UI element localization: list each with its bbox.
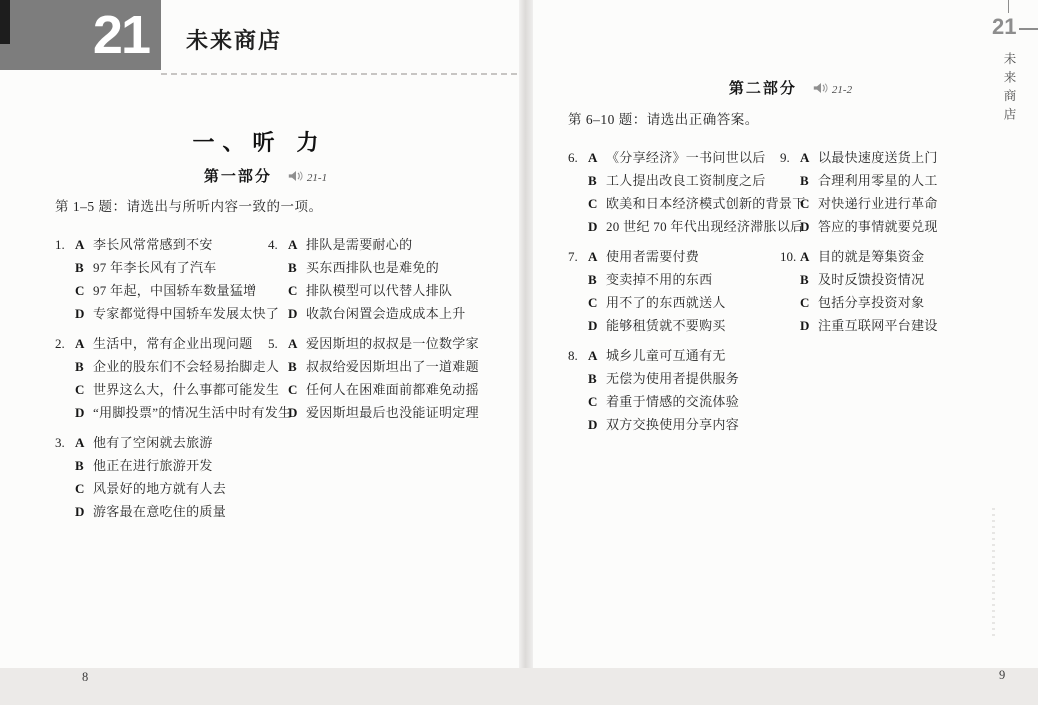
option-letter: D [75, 401, 93, 424]
question-1: 1.A李长风常常感到不安 B97 年李长风有了汽车 C97 年起，中国轿车数量猛… [55, 233, 268, 325]
option-text: 叔叔给爱因斯坦出了一道难题 [306, 355, 479, 378]
audio-track-ref: 21-2 [832, 84, 852, 96]
option-letter: A [75, 431, 93, 454]
option-letter: C [588, 390, 606, 413]
option-letter: D [288, 401, 306, 424]
left-question-column-1: 1.A李长风常常感到不安 B97 年李长风有了汽车 C97 年起，中国轿车数量猛… [55, 233, 268, 530]
sidebar-tick-line [1008, 0, 1009, 13]
number-spacer [55, 500, 75, 523]
right-question-column-2: 9.A以最快速度送货上门 B合理利用零星的人工 C对快递行业进行革命 D答应的事… [780, 146, 1012, 344]
part2-heading: 第二部分21-2 [533, 77, 1038, 99]
section-title: 一、听 力 [0, 126, 519, 157]
question-2: 2.A生活中，常有企业出现问题 B企业的股东们不会轻易抬脚走人 C世界这么大，什… [55, 332, 268, 424]
option-text: 排队模型可以代替人排队 [306, 279, 452, 302]
option-letter: C [588, 291, 606, 314]
number-spacer [268, 302, 288, 325]
option-letter: B [75, 256, 93, 279]
option-letter: B [75, 355, 93, 378]
option-letter: A [800, 146, 818, 169]
option-letter: B [288, 256, 306, 279]
option-text: 97 年李长风有了汽车 [93, 256, 217, 279]
audio-track-ref: 21-1 [307, 172, 327, 184]
question-number: 6. [568, 146, 588, 169]
number-spacer [55, 454, 75, 477]
question-number: 2. [55, 332, 75, 355]
option-text: 合理利用零星的人工 [818, 169, 938, 192]
option-text: 他有了空闲就去旅游 [93, 431, 213, 454]
number-spacer [268, 279, 288, 302]
question-number: 4. [268, 233, 288, 256]
right-question-column-1: 6.A《分享经济》一书问世以后 B工人提出改良工资制度之后 C欧美和日本经济模式… [568, 146, 780, 443]
option-letter: D [75, 500, 93, 523]
option-letter: A [800, 245, 818, 268]
part1-prompt: 第 1–5 题：请选出与所听内容一致的一项。 [55, 195, 323, 215]
question-number: 7. [568, 245, 588, 268]
option-text: 使用者需要付费 [606, 245, 699, 268]
option-text: 97 年起，中国轿车数量猛增 [93, 279, 256, 302]
option-text: 欧美和日本经济模式创新的背景下 [606, 192, 806, 215]
option-letter: C [75, 477, 93, 500]
option-text: 对快递行业进行革命 [818, 192, 938, 215]
option-letter: B [800, 268, 818, 291]
number-spacer [568, 268, 588, 291]
option-letter: D [588, 215, 606, 238]
option-letter: B [588, 367, 606, 390]
option-text: 风景好的地方就有人去 [93, 477, 226, 500]
option-letter: C [288, 378, 306, 401]
page-bleed-artifact [992, 508, 995, 640]
question-number: 3. [55, 431, 75, 454]
option-letter: D [800, 314, 818, 337]
option-text: 爱因斯坦的叔叔是一位数学家 [306, 332, 479, 355]
option-text: 世界这么大，什么事都可能发生 [93, 378, 279, 401]
page-number-left: 8 [82, 670, 88, 685]
number-spacer [568, 291, 588, 314]
option-letter: A [75, 332, 93, 355]
option-letter: A [588, 344, 606, 367]
number-spacer [780, 291, 800, 314]
option-letter: D [588, 314, 606, 337]
option-letter: A [75, 233, 93, 256]
number-spacer [568, 169, 588, 192]
option-text: 排队是需要耐心的 [306, 233, 412, 256]
number-spacer [780, 169, 800, 192]
sidebar-chapter-number: 21 [992, 14, 1016, 40]
option-text: 目的就是筹集资金 [818, 245, 924, 268]
speaker-icon [813, 81, 829, 99]
question-number: 9. [780, 146, 800, 169]
question-8: 8.A城乡儿童可互通有无 B无偿为使用者提供服务 C着重于情感的交流体验 D双方… [568, 344, 780, 436]
book-spread: 21 未来商店 一、听 力 第一部分21-1 第 1–5 题：请选出与所听内容一… [0, 0, 1038, 705]
number-spacer [568, 367, 588, 390]
sidebar-chapter-title: 未来商店 [1000, 52, 1018, 126]
option-letter: C [800, 192, 818, 215]
chapter-number: 21 [93, 0, 149, 70]
option-letter: D [588, 413, 606, 436]
number-spacer [780, 314, 800, 337]
number-spacer [55, 477, 75, 500]
option-letter: C [588, 192, 606, 215]
question-5: 5.A爱因斯坦的叔叔是一位数学家 B叔叔给爱因斯坦出了一道难题 C任何人在困难面… [268, 332, 516, 424]
chapter-title: 未来商店 [186, 24, 282, 55]
speaker-icon [288, 169, 304, 187]
part1-label: 第一部分 [204, 168, 272, 185]
number-spacer [55, 378, 75, 401]
option-letter: B [588, 169, 606, 192]
number-spacer [568, 192, 588, 215]
chapter-header-box: 21 [0, 0, 161, 70]
option-text: 买东西排队也是难免的 [306, 256, 439, 279]
question-6: 6.A《分享经济》一书问世以后 B工人提出改良工资制度之后 C欧美和日本经济模式… [568, 146, 780, 238]
option-text: 企业的股东们不会轻易抬脚走人 [93, 355, 279, 378]
page-gutter-shadow [519, 0, 533, 668]
question-number: 5. [268, 332, 288, 355]
option-letter: C [800, 291, 818, 314]
option-letter: B [75, 454, 93, 477]
number-spacer [568, 314, 588, 337]
part2-prompt: 第 6–10 题：请选出正确答案。 [568, 108, 759, 128]
option-text: 无偿为使用者提供服务 [606, 367, 739, 390]
option-letter: B [588, 268, 606, 291]
page-bottom-margin [0, 668, 1038, 705]
option-text: 注重互联网平台建设 [818, 314, 938, 337]
number-spacer [268, 378, 288, 401]
part2-label: 第二部分 [729, 80, 797, 97]
option-letter: A [288, 233, 306, 256]
option-letter: A [588, 146, 606, 169]
number-spacer [780, 268, 800, 291]
option-letter: C [75, 378, 93, 401]
option-text: 双方交换使用分享内容 [606, 413, 739, 436]
option-letter: A [288, 332, 306, 355]
option-text: 及时反馈投资情况 [818, 268, 924, 291]
number-spacer [780, 215, 800, 238]
question-number: 1. [55, 233, 75, 256]
number-spacer [55, 279, 75, 302]
header-dashed-divider [161, 73, 517, 75]
option-text: 游客最在意吃住的质量 [93, 500, 226, 523]
option-text: 答应的事情就要兑现 [818, 215, 938, 238]
question-number: 10. [780, 245, 800, 268]
chapter-accent-bar [0, 0, 10, 44]
number-spacer [55, 256, 75, 279]
question-10: 10.A目的就是筹集资金 B及时反馈投资情况 C包括分享投资对象 D注重互联网平… [780, 245, 1012, 337]
option-text: 生活中，常有企业出现问题 [93, 332, 253, 355]
option-text: 工人提出改良工资制度之后 [606, 169, 766, 192]
option-text: 着重于情感的交流体验 [606, 390, 739, 413]
option-letter: D [800, 215, 818, 238]
option-text: 专家都觉得中国轿车发展太快了 [93, 302, 279, 325]
option-letter: A [588, 245, 606, 268]
page-number-right: 9 [999, 668, 1005, 683]
option-text: 城乡儿童可互通有无 [606, 344, 726, 367]
number-spacer [268, 401, 288, 424]
left-question-column-2: 4.A排队是需要耐心的 B买东西排队也是难免的 C排队模型可以代替人排队 D收款… [268, 233, 516, 431]
option-text: 变卖掉不用的东西 [606, 268, 712, 291]
question-number: 8. [568, 344, 588, 367]
question-3: 3.A他有了空闲就去旅游 B他正在进行旅游开发 C风景好的地方就有人去 D游客最… [55, 431, 268, 523]
option-letter: B [288, 355, 306, 378]
question-9: 9.A以最快速度送货上门 B合理利用零星的人工 C对快递行业进行革命 D答应的事… [780, 146, 1012, 238]
sidebar-dash-line [1019, 28, 1038, 30]
option-text: 20 世纪 70 年代出现经济滞胀以后 [606, 215, 803, 238]
number-spacer [780, 192, 800, 215]
number-spacer [568, 390, 588, 413]
option-text: 李长风常常感到不安 [93, 233, 213, 256]
number-spacer [568, 215, 588, 238]
option-letter: C [288, 279, 306, 302]
option-text: 用不了的东西就送人 [606, 291, 726, 314]
option-text: 收款台闲置会造成成本上升 [306, 302, 466, 325]
number-spacer [268, 355, 288, 378]
part1-heading: 第一部分21-1 [0, 165, 519, 187]
option-text: “用脚投票”的情况生活中时有发生 [93, 401, 291, 424]
option-letter: D [288, 302, 306, 325]
option-letter: B [800, 169, 818, 192]
option-text: 任何人在困难面前都难免动摇 [306, 378, 479, 401]
option-text: 以最快速度送货上门 [818, 146, 938, 169]
option-text: 《分享经济》一书问世以后 [606, 146, 766, 169]
option-text: 他正在进行旅游开发 [93, 454, 213, 477]
question-7: 7.A使用者需要付费 B变卖掉不用的东西 C用不了的东西就送人 D能够租赁就不要… [568, 245, 780, 337]
number-spacer [268, 256, 288, 279]
option-text: 能够租赁就不要购买 [606, 314, 726, 337]
option-letter: C [75, 279, 93, 302]
number-spacer [55, 355, 75, 378]
question-4: 4.A排队是需要耐心的 B买东西排队也是难免的 C排队模型可以代替人排队 D收款… [268, 233, 516, 325]
option-text: 包括分享投资对象 [818, 291, 924, 314]
number-spacer [568, 413, 588, 436]
option-text: 爱因斯坦最后也没能证明定理 [306, 401, 479, 424]
number-spacer [55, 302, 75, 325]
number-spacer [55, 401, 75, 424]
left-page: 21 未来商店 一、听 力 第一部分21-1 第 1–5 题：请选出与所听内容一… [0, 0, 519, 668]
option-letter: D [75, 302, 93, 325]
